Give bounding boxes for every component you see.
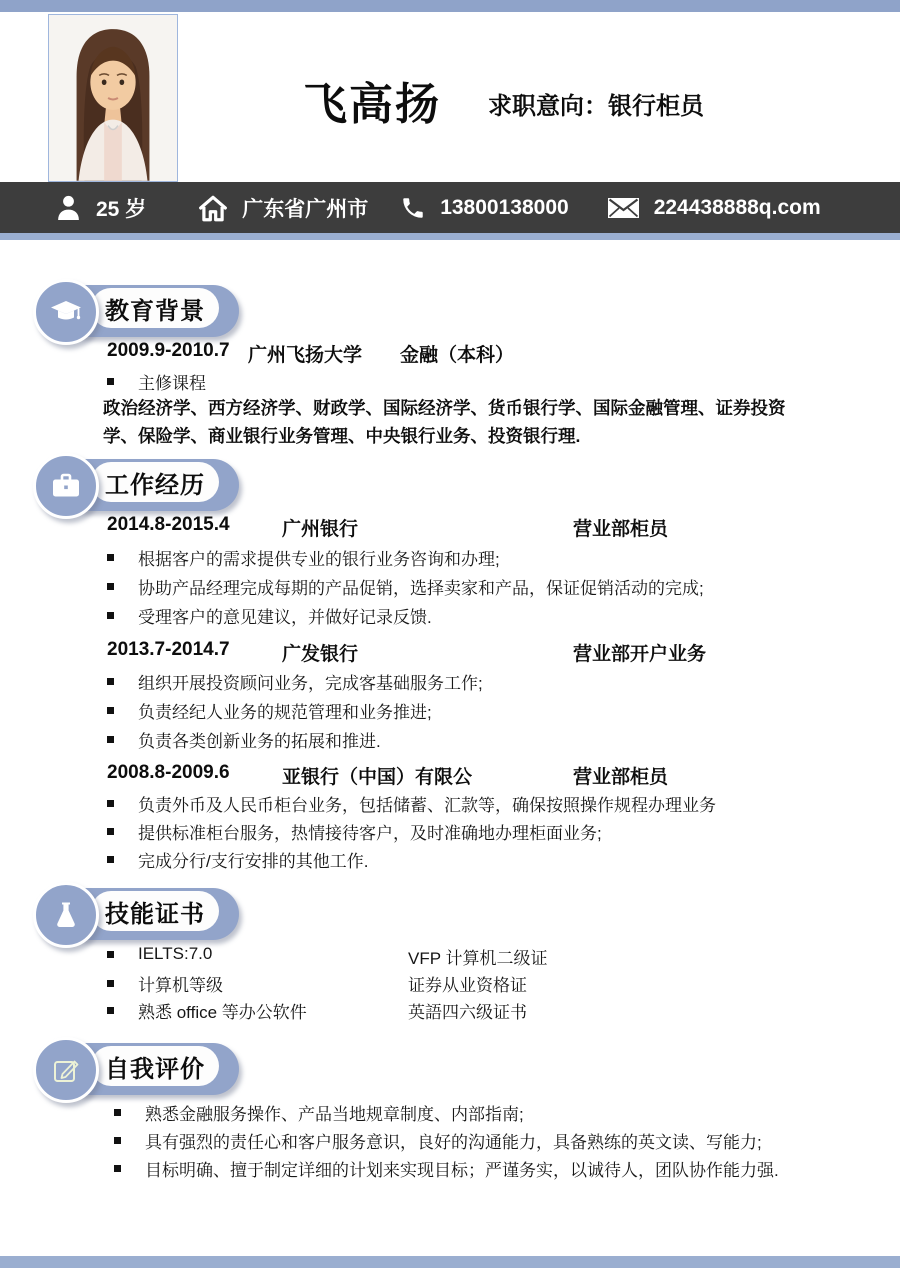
- square-bullet-icon: [107, 612, 114, 619]
- square-bullet-icon: [107, 736, 114, 743]
- evaluation-row: 目标明确、擅于制定详细的计划来实现目标；严谨务实，以诚待人，团队协作能力强.: [114, 1156, 779, 1181]
- contact-bar-underline: [0, 233, 900, 240]
- envelope-icon: [607, 196, 640, 220]
- square-bullet-icon: [107, 583, 114, 590]
- education-major: 金融（本科）: [400, 340, 514, 367]
- education-bullet-row: 主修课程: [107, 369, 206, 394]
- square-bullet-icon: [107, 980, 114, 987]
- contact-age: 25 岁: [55, 193, 146, 223]
- contact-bar: 25 岁 广东省广州市 13800138000 224438888q.com: [0, 182, 900, 233]
- skill-row: 熟悉 office 等办公软件: [107, 998, 307, 1023]
- top-accent-bar: [0, 0, 900, 12]
- duty-row: 根据客户的需求提供专业的银行业务咨询和办理;: [107, 545, 500, 570]
- square-bullet-icon: [114, 1137, 121, 1144]
- bottom-accent-bar: [0, 1256, 900, 1268]
- square-bullet-icon: [107, 856, 114, 863]
- duty-row: 组织开展投资顾问业务，完成客基础服务工作;: [107, 669, 483, 694]
- portrait-illustration: [49, 15, 177, 181]
- briefcase-icon: [33, 453, 99, 519]
- square-bullet-icon: [107, 707, 114, 714]
- skill-cert: 证券从业资格证: [408, 971, 527, 996]
- square-bullet-icon: [114, 1165, 121, 1172]
- evaluation-row: 具有强烈的责任心和客户服务意识，良好的沟通能力，具备熟练的英文读、写能力;: [114, 1128, 762, 1153]
- evaluation-title: 自我评价: [105, 1049, 205, 1084]
- section-header-evaluation: 自我评价: [33, 1037, 245, 1103]
- skills-title: 技能证书: [105, 894, 205, 929]
- duty-row: 提供标准柜台服务，热情接待客户，及时准确地办理柜面业务;: [107, 819, 602, 844]
- education-period: 2009.9-2010.7: [107, 340, 230, 362]
- education-school: 广州飞扬大学: [248, 340, 362, 367]
- contact-email: 224438888q.com: [607, 196, 821, 220]
- skill-cert: VFP 计算机二级证: [408, 944, 547, 969]
- pencil-icon: [33, 1037, 99, 1103]
- contact-phone: 13800138000: [400, 195, 568, 221]
- square-bullet-icon: [107, 800, 114, 807]
- section-header-education: 教育背景: [33, 279, 245, 345]
- home-icon: [198, 194, 228, 222]
- square-bullet-icon: [107, 1007, 114, 1014]
- square-bullet-icon: [114, 1109, 121, 1116]
- contact-location: 广东省广州市: [198, 193, 368, 223]
- square-bullet-icon: [107, 378, 114, 385]
- graduation-cap-icon: [33, 279, 99, 345]
- job-intent: 求职意向：银行柜员: [488, 86, 704, 121]
- phone-icon: [400, 195, 426, 221]
- square-bullet-icon: [107, 828, 114, 835]
- education-title: 教育背景: [105, 291, 205, 326]
- education-courses: 政治经济学、西方经济学、财政学、国际经济学、货币银行学、国际金融管理、证券投资学…: [103, 394, 819, 450]
- square-bullet-icon: [107, 951, 114, 958]
- square-bullet-icon: [107, 554, 114, 561]
- duty-row: 负责外币及人民币柜台业务，包括储蓄、汇款等，确保按照操作规程办理业务: [107, 791, 716, 816]
- work-title: 工作经历: [105, 465, 205, 500]
- evaluation-row: 熟悉金融服务操作、产品当地规章制度、内部指南;: [114, 1100, 524, 1125]
- flask-icon: [33, 882, 99, 948]
- skill-row: 计算机等级: [107, 971, 223, 996]
- duty-row: 受理客户的意见建议，并做好记录反馈.: [107, 603, 432, 628]
- profile-photo: [48, 14, 178, 182]
- candidate-name: 飞高扬: [303, 68, 441, 132]
- resume-page: 飞高扬 求职意向：银行柜员 25 岁 广东省广州市 13800138000 22: [0, 0, 900, 1272]
- duty-row: 负责各类创新业务的拓展和推进.: [107, 727, 381, 752]
- duty-row: 完成分行/支行安排的其他工作.: [107, 847, 368, 872]
- person-icon: [55, 194, 82, 221]
- square-bullet-icon: [107, 678, 114, 685]
- skill-cert: 英語四六级证书: [408, 998, 527, 1023]
- skill-row: IELTS:7.0: [107, 944, 212, 964]
- duty-row: 协助产品经理完成每期的产品促销，选择卖家和产品，保证促销活动的完成;: [107, 574, 704, 599]
- section-header-skills: 技能证书: [33, 882, 245, 948]
- duty-row: 负责经纪人业务的规范管理和业务推进;: [107, 698, 432, 723]
- section-header-work: 工作经历: [33, 453, 245, 519]
